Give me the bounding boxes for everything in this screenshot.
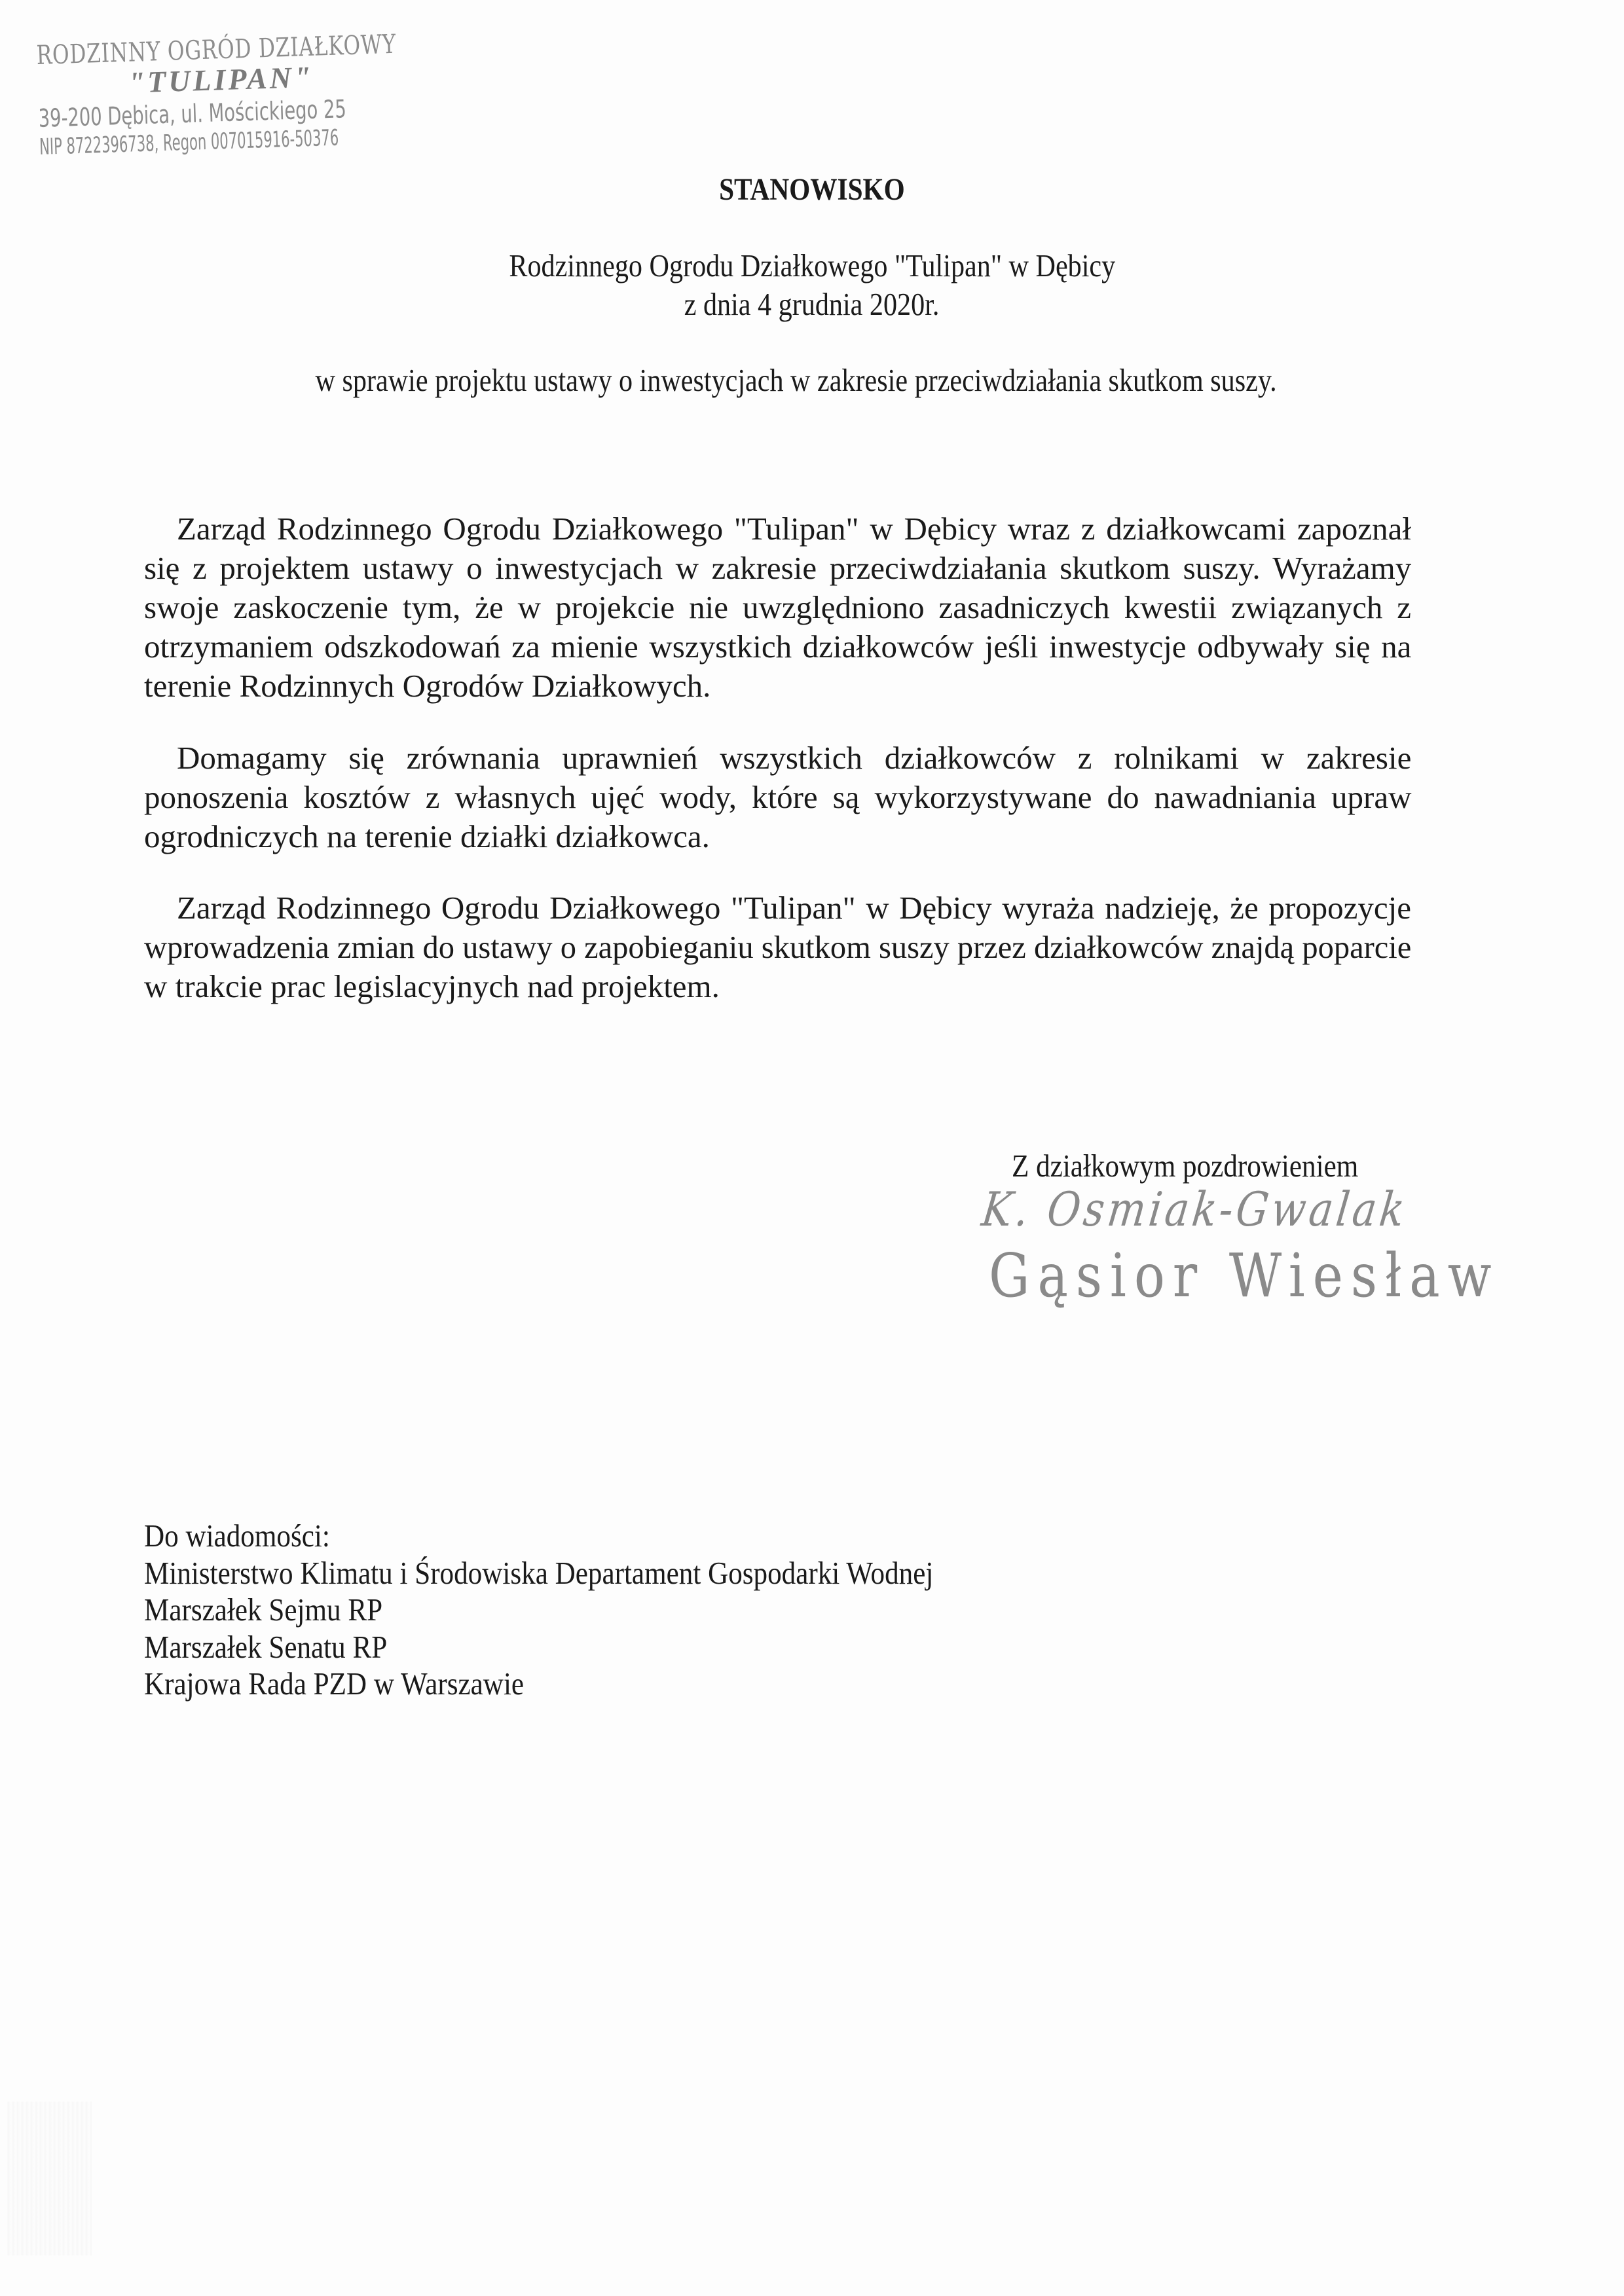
paragraph-line: Domagamy się zrównania uprawnień wszystk…: [144, 738, 1411, 778]
handwritten-signature-2: Gąsior Wiesław: [989, 1241, 1499, 1311]
paragraph-3: Zarząd Rodzinnego Ogrodu Działkowego "Tu…: [144, 888, 1411, 1006]
document-title: STANOWISKO: [0, 172, 1624, 208]
paragraph-line: ogrodniczych na terenie działki działkow…: [144, 817, 1411, 856]
distribution-list: Do wiadomości: Ministerstwo Klimatu i Śr…: [144, 1518, 1041, 1703]
paragraph-line: Zarząd Rodzinnego Ogrodu Działkowego "Tu…: [144, 888, 1411, 928]
handwritten-signature-1: K. Osmiak-Gwalak: [979, 1182, 1411, 1237]
recipient-text: Marszałek Senatu RP: [144, 1629, 387, 1666]
paragraph-line: Zarząd Rodzinnego Ogrodu Działkowego "Tu…: [144, 509, 1411, 549]
distribution-recipient: Krajowa Rada PZD w Warszawie: [144, 1666, 1041, 1703]
paragraph-2: Domagamy się zrównania uprawnień wszystk…: [144, 738, 1411, 856]
closing-greeting-text: Z działkowym pozdrowieniem: [1012, 1147, 1358, 1184]
scan-artifact: [7, 2102, 92, 2255]
org-line-text: Rodzinnego Ogrodu Działkowego "Tulipan" …: [509, 247, 1115, 284]
paragraph-line: ponoszenia kosztów z własnych ujęć wody,…: [144, 778, 1411, 817]
paragraph-line: w trakcie prac legislacyjnych nad projek…: [144, 967, 1411, 1006]
date-line: z dnia 4 grudnia 2020r.: [0, 285, 1624, 323]
paragraph-line: terenie Rodzinnych Ogrodów Działkowych.: [144, 666, 1411, 706]
org-line: Rodzinnego Ogrodu Działkowego "Tulipan" …: [0, 247, 1624, 284]
stamp-line-nip-regon: NIP 8722396738, Regon 007015916-50376: [39, 127, 267, 160]
recipient-text: Krajowa Rada PZD w Warszawie: [144, 1666, 524, 1703]
paragraph-line: wprowadzenia zmian do ustawy o zapobiega…: [144, 928, 1411, 967]
document-page: RODZINNY OGRÓD DZIAŁKOWY "TULIPAN" 39-20…: [0, 0, 1624, 2296]
paragraph-line: otrzymaniem odszkodowań za mienie wszyst…: [144, 627, 1411, 666]
paragraph-line: się z projektem ustawy o inwestycjach w …: [144, 549, 1411, 588]
document-title-text: STANOWISKO: [719, 172, 905, 208]
date-line-text: z dnia 4 grudnia 2020r.: [684, 285, 940, 323]
subject-line: w sprawie projektu ustawy o inwestycjach…: [0, 361, 1608, 399]
distribution-heading: Do wiadomości:: [144, 1518, 1041, 1555]
closing-greeting: Z działkowym pozdrowieniem: [1012, 1147, 1405, 1184]
paragraph-1: Zarząd Rodzinnego Ogrodu Działkowego "Tu…: [144, 509, 1411, 706]
paragraph-line: swoje zaskoczenie tym, że w projekcie ni…: [144, 588, 1411, 627]
distribution-recipient: Ministerstwo Klimatu i Środowiska Depart…: [144, 1555, 1041, 1592]
organization-stamp: RODZINNY OGRÓD DZIAŁKOWY "TULIPAN" 39-20…: [36, 29, 406, 160]
recipient-text: Marszałek Sejmu RP: [144, 1592, 382, 1629]
distribution-recipient: Marszałek Sejmu RP: [144, 1592, 1041, 1629]
subject-line-text: w sprawie projektu ustawy o inwestycjach…: [316, 361, 1277, 399]
distribution-recipient: Marszałek Senatu RP: [144, 1629, 1041, 1666]
distribution-heading-text: Do wiadomości:: [144, 1518, 330, 1555]
recipient-text: Ministerstwo Klimatu i Środowiska Depart…: [144, 1555, 933, 1592]
